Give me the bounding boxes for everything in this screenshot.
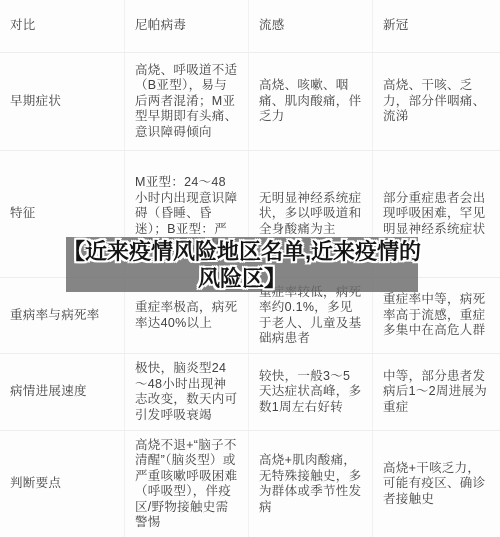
cell-severity-fatality-nipah: 重症率极高，病死率达40%以上	[124, 277, 248, 353]
virus-comparison-table: 对比 尼帕病毒 流感 新冠 早期症状 高烧、呼吸道不适（B亚型），易与后两者混淆…	[0, 0, 500, 537]
cell-judgment-points-covid: 高烧+干咳乏力，可能有疫区、确诊者接触史	[372, 430, 500, 537]
cell-features-nipah: M亚型：24～48小时内出现意识障碍（昏睡、昏迷）；B亚型：严重肺炎，呼吸困难	[124, 150, 248, 277]
row-features-label: 特征	[0, 150, 124, 277]
header-contrast: 对比	[0, 0, 124, 52]
cell-judgment-points-flu: 高烧+肌肉酸痛，无特殊接触史，多为群体或季节性发病	[248, 430, 372, 537]
cell-progression-speed-covid: 中等，部分患者发病后1～2周进展为重症	[372, 353, 500, 430]
row-judgment-points-label: 判断要点	[0, 430, 124, 537]
comparison-page: 对比 尼帕病毒 流感 新冠 早期症状 高烧、呼吸道不适（B亚型），易与后两者混淆…	[0, 0, 500, 537]
cell-progression-speed-flu: 较快，一般3～5天达症状高峰，多数1周左右好转	[248, 353, 372, 430]
row-severity-fatality-label: 重病率与病死率	[0, 277, 124, 353]
cell-features-covid: 部分重症患者会出现呼吸困难，罕见明显神经系统症状	[372, 150, 500, 277]
header-covid: 新冠	[372, 0, 500, 52]
cell-early-symptoms-covid: 高烧、干咳、乏力，部分伴咽痛、流涕	[372, 52, 500, 150]
cell-early-symptoms-flu: 高烧、咳嗽、咽痛、肌肉酸痛，伴乏力	[248, 52, 372, 150]
header-flu: 流感	[248, 0, 372, 52]
cell-judgment-points-nipah: 高烧不退+“脑子不清醒”（脑炎型）或严重咳嗽呼吸困难（呼吸型），伴疫区/野物接触…	[124, 430, 248, 537]
row-early-symptoms-label: 早期症状	[0, 52, 124, 150]
row-progression-speed-label: 病情进展速度	[0, 353, 124, 430]
header-nipah-virus: 尼帕病毒	[124, 0, 248, 52]
cell-severity-fatality-covid: 重症率中等，病死率高于流感，重症多集中在高危人群	[372, 277, 500, 353]
cell-severity-fatality-flu: 重症率较低，病死率约0.1%，多见于老人、儿童及基础病患者	[248, 277, 372, 353]
cell-progression-speed-nipah: 极快，脑炎型24～48小时出现神志改变，数天内可引发呼吸衰竭	[124, 353, 248, 430]
cell-early-symptoms-nipah: 高烧、呼吸道不适（B亚型），易与后两者混淆；M亚型早期即有头痛、意识障碍倾向	[124, 52, 248, 150]
cell-features-flu: 无明显神经系统症状，多以呼吸道和全身酸痛为主	[248, 150, 372, 277]
